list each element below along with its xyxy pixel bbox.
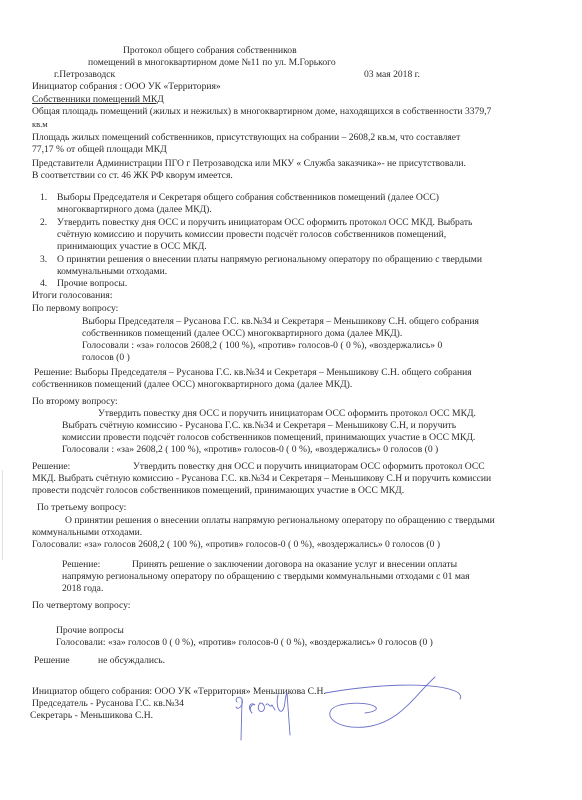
q4-decision-text: не обсуждались. <box>98 655 165 667</box>
admin-line: Представители Администрации ПГО г Петроз… <box>32 158 466 170</box>
agenda-num-2: 2. <box>40 217 47 229</box>
q4-text: Прочие вопросы <box>56 625 124 637</box>
quorum-line: В соответствии со ст. 46 ЖК РФ кворум им… <box>32 170 233 182</box>
q2-decision-line-3: провести подсчёт голосов собственников п… <box>32 485 404 497</box>
date: 03 мая 2018 г. <box>364 69 420 81</box>
q1-vote-line-2: голосов (0 ) <box>82 352 130 364</box>
q2-decision-line-2: МКД. Выбрать счётную комиссию - Русанова… <box>32 473 491 485</box>
agenda-num-3: 3. <box>40 254 47 266</box>
q4-heading: По четвертому вопросу: <box>32 600 130 612</box>
present-area-line-1: Площадь жилых помещений собственников, п… <box>32 132 460 144</box>
q2-text-line-1: Утвердить повестку дня ОСС и поручить ин… <box>98 408 476 420</box>
agenda-num-1: 1. <box>40 192 47 204</box>
total-area-line-2: кв.м <box>32 118 48 130</box>
agenda-item-4-line-1: Прочие вопросы. <box>57 278 127 290</box>
q1-vote-line-1: Голосовали : «за» голосов 2608,2 ( 100 %… <box>82 340 442 352</box>
title-line-1: Протокол общего собрания собственников <box>123 45 297 57</box>
q1-decision-line-2: собственников помещений (далее ОСС) мног… <box>32 379 352 391</box>
q2-decision-line-1: Утвердить повестку дня ОСС и поручить ин… <box>133 461 485 473</box>
agenda-item-2-line-1: Утвердить повестку дня ОСС и поручить ин… <box>57 217 472 229</box>
q3-decision-line-2: напрямую региональному оператору по обра… <box>62 571 470 583</box>
initiator: Инициатор собрания : ООО УК «Территория» <box>32 81 221 93</box>
agenda-item-3-line-2: коммунальными отходами. <box>57 266 167 278</box>
q1-heading: По первому вопросу: <box>32 303 118 315</box>
q3-vote-line: Голосовали: «за» голосов 2608,2 ( 100 %)… <box>32 539 440 551</box>
q1-decision-line-1: Решение: Выборы Председателя – Русанова … <box>34 367 472 379</box>
q3-decision-line-3: 2018 года. <box>62 583 103 595</box>
q1-text-line-2: собственников помещений (далее ОСС) мног… <box>82 328 402 340</box>
q2-text-line-3: комиссии провести подсчёт голосов собств… <box>62 432 475 444</box>
results-heading: Итоги голосования: <box>32 290 113 302</box>
q2-heading: По второму вопросу: <box>32 396 118 408</box>
signature-chairman: Председатель - Русанова Г.С. кв.№34 <box>32 698 184 710</box>
q2-text-line-2: Выбрать счётную комиссию - Русанова Г.С.… <box>62 420 456 432</box>
q4-decision-label: Решение <box>34 655 70 667</box>
q3-heading: По третьему вопросу: <box>37 502 126 514</box>
city: г.Петрозаводск <box>54 69 115 81</box>
present-area-line-2: 77,17 % от общей площади МКД <box>32 144 167 156</box>
agenda-item-1-line-1: Выборы Председателя и Секретаря общего с… <box>57 192 439 204</box>
owners-heading: Собственники помещений МКД <box>32 94 164 106</box>
title-line-2: помещений в многоквартирном доме №11 по … <box>88 57 336 69</box>
q4-vote-line: Голосовали: «за» голосов 0 ( 0 %), «прот… <box>56 637 433 649</box>
q3-decision-line-1: Принять решение о заключении договора на… <box>132 559 457 571</box>
agenda-item-2-line-2: счётную комиссию и поручить комиссии про… <box>57 229 446 241</box>
q3-decision-label: Решение: <box>62 559 100 571</box>
total-area-line-1: Общая площадь помещений (жилых и нежилых… <box>32 106 491 118</box>
protocol-document: Протокол общего собрания собственников п… <box>0 0 582 800</box>
q3-text-line-2: коммунальными отходами. <box>32 527 142 539</box>
agenda-num-4: 4. <box>40 278 47 290</box>
q1-text-line-1: Выборы Председателя – Русанова Г.С. кв.№… <box>82 316 479 328</box>
handwritten-signature-icon <box>230 655 470 755</box>
agenda-item-1-line-2: многоквартирного дома (далее МКД). <box>57 204 212 216</box>
q3-text-line-1: О принятии решения о внесении оплаты нап… <box>65 515 495 527</box>
scan-edge-line <box>2 470 3 560</box>
signature-secretary: Секретарь - Меньшикова С.Н. <box>30 710 153 722</box>
q2-vote-line: Голосовали : «за» 2608,2 ( 100 %), «прот… <box>62 444 438 456</box>
q2-decision-label: Решение: <box>32 461 70 473</box>
agenda-item-2-line-3: принимающих участие в ОСС МКД. <box>57 241 207 253</box>
agenda-item-3-line-1: О принятии решения о внесении платы напр… <box>57 254 482 266</box>
